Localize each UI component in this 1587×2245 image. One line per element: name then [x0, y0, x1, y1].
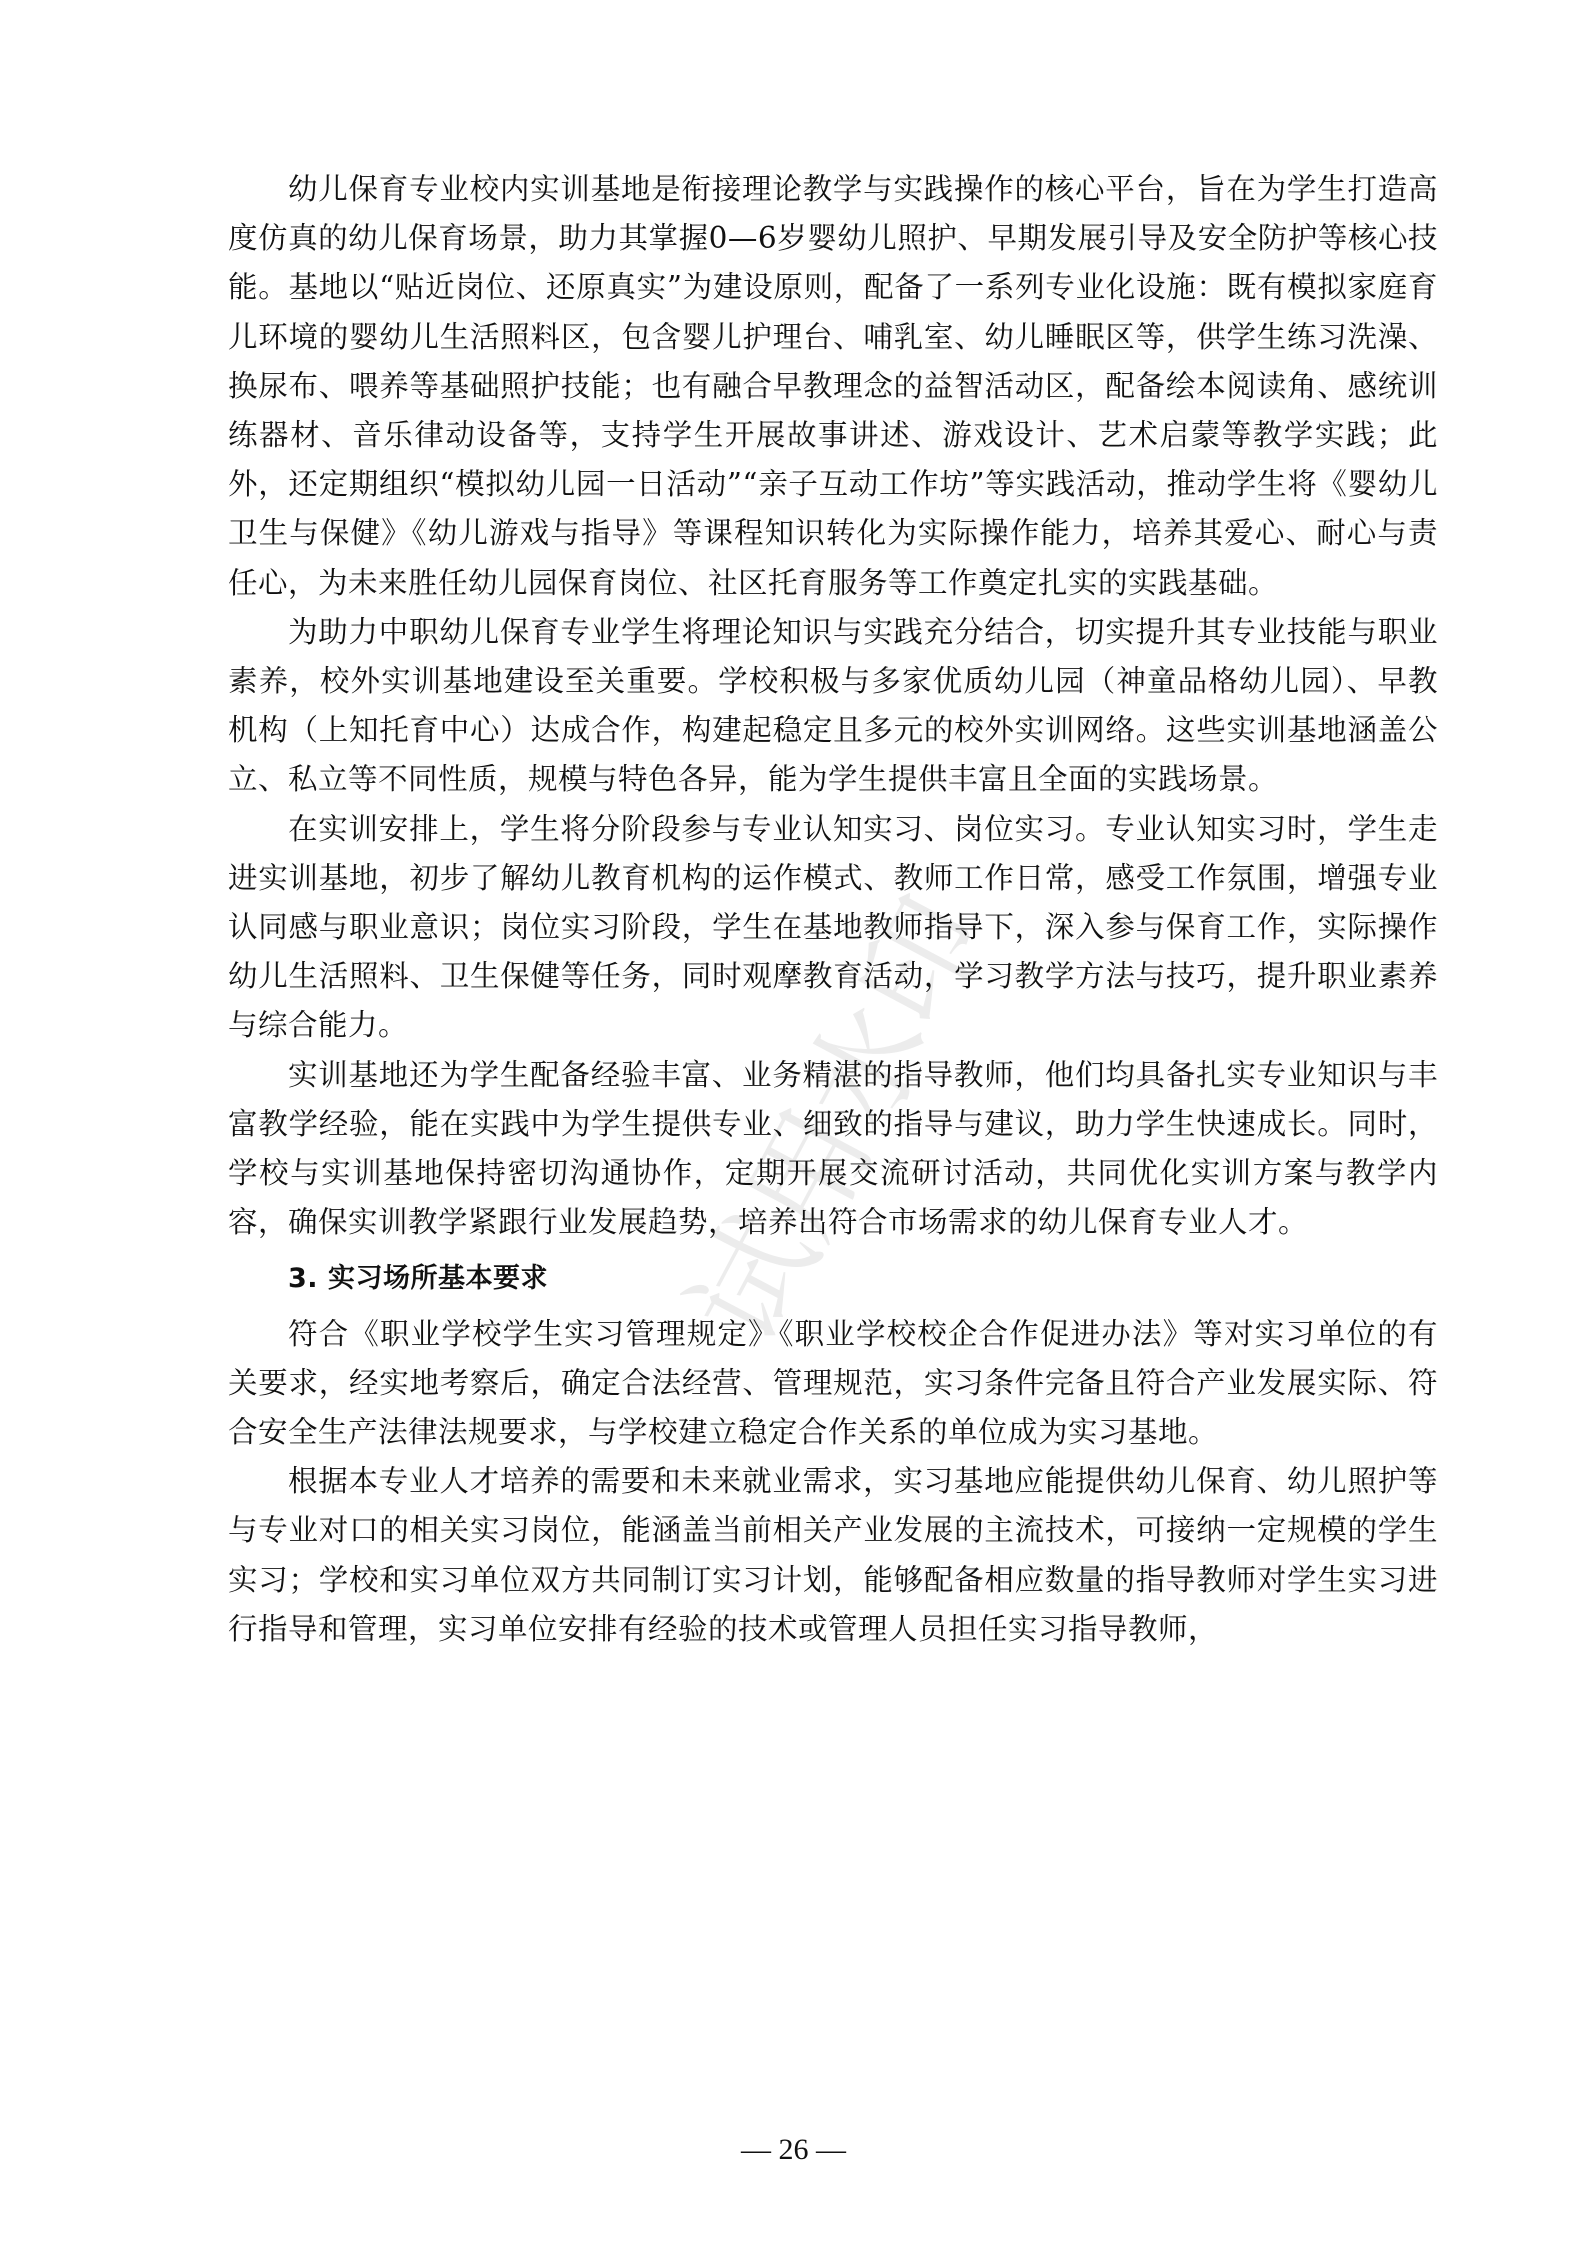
page-content: 幼儿保育专业校内实训基地是衔接理论教学与实践操作的核心平台，旨在为学生打造高度仿…	[228, 165, 1438, 1654]
paragraph-oncampus-base: 幼儿保育专业校内实训基地是衔接理论教学与实践操作的核心平台，旨在为学生打造高度仿…	[228, 165, 1438, 608]
page-number: — 26 —	[0, 2133, 1587, 2167]
paragraph-instructors: 实训基地还为学生配备经验丰富、业务精湛的指导教师，他们均具备扎实专业知识与丰富教…	[228, 1051, 1438, 1248]
paragraph-requirements: 符合《职业学校学生实习管理规定》《职业学校校企合作促进办法》等对实习单位的有关要…	[228, 1310, 1438, 1458]
paragraph-offcampus-base: 为助力中职幼儿保育专业学生将理论知识与实践充分结合，切实提升其专业技能与职业素养…	[228, 608, 1438, 805]
document-page: 试用水印 幼儿保育专业校内实训基地是衔接理论教学与实践操作的核心平台，旨在为学生…	[0, 0, 1587, 2245]
paragraph-training-arrangement: 在实训安排上，学生将分阶段参与专业认知实习、岗位实习。专业认知实习时，学生走进实…	[228, 805, 1438, 1051]
section-heading: 3. 实习场所基本要求	[228, 1254, 1438, 1303]
paragraph-internship-positions: 根据本专业人才培养的需要和未来就业需求，实习基地应能提供幼儿保育、幼儿照护等与专…	[228, 1457, 1438, 1654]
